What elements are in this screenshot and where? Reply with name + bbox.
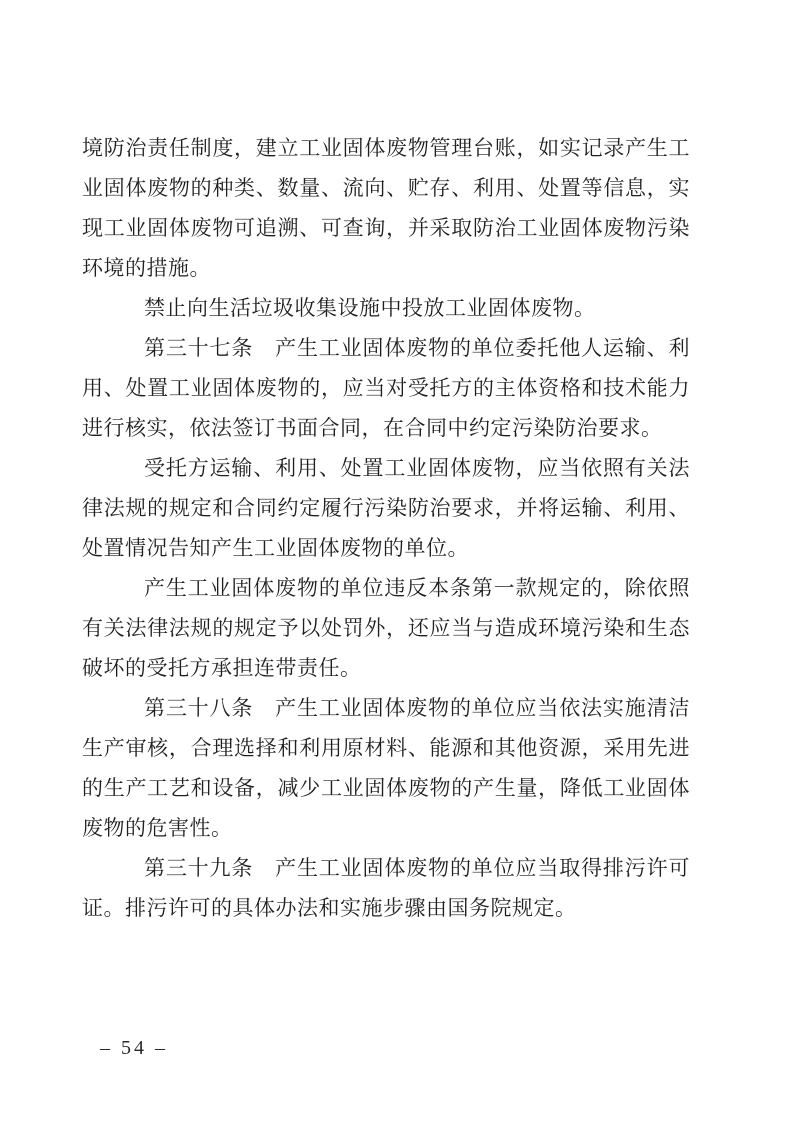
paragraph-article-37-clause-3: 产生工业固体废物的单位违反本条第一款规定的，除依照有关法律法规的规定予以处罚外，…	[82, 568, 690, 688]
paragraph-article-37-clause-2: 受托方运输、利用、处置工业固体废物，应当依照有关法律法规的规定和合同约定履行污染…	[82, 448, 690, 568]
document-page: 境防治责任制度，建立工业固体废物管理台账，如实记录产生工业固体废物的种类、数量、…	[0, 0, 793, 1122]
page-number: – 54 –	[100, 1036, 168, 1060]
paragraph-continuation: 境防治责任制度，建立工业固体废物管理台账，如实记录产生工业固体废物的种类、数量、…	[82, 128, 690, 288]
paragraph-article-38: 第三十八条 产生工业固体废物的单位应当依法实施清洁生产审核，合理选择和利用原材料…	[82, 688, 690, 848]
document-body: 境防治责任制度，建立工业固体废物管理台账，如实记录产生工业固体废物的种类、数量、…	[82, 128, 690, 928]
paragraph-prohibition: 禁止向生活垃圾收集设施中投放工业固体废物。	[82, 288, 690, 328]
paragraph-article-37: 第三十七条 产生工业固体废物的单位委托他人运输、利用、处置工业固体废物的，应当对…	[82, 328, 690, 448]
paragraph-article-39: 第三十九条 产生工业固体废物的单位应当取得排污许可证。排污许可的具体办法和实施步…	[82, 848, 690, 928]
